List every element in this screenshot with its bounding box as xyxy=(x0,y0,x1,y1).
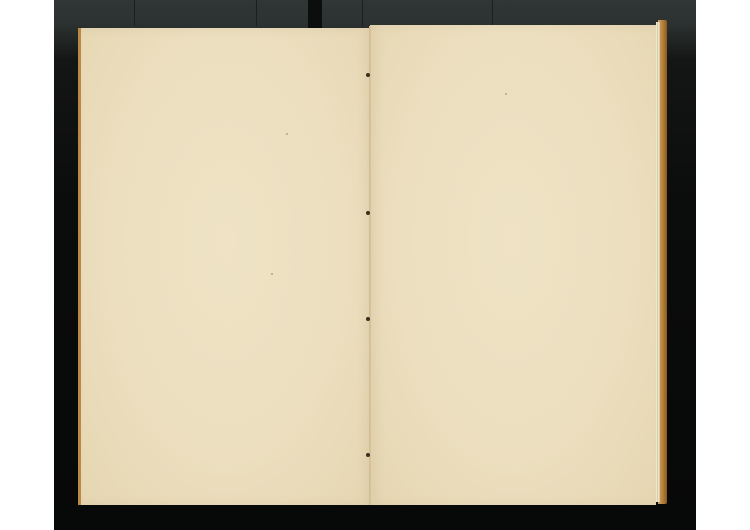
book-gutter xyxy=(369,26,371,505)
spine-shadow xyxy=(308,0,322,28)
paper-speck xyxy=(505,93,507,95)
binding-stitch xyxy=(366,317,370,321)
page-block-edges xyxy=(656,22,660,502)
binding-stitch xyxy=(366,211,370,215)
paper-speck xyxy=(271,273,273,275)
paper-speck xyxy=(286,133,288,135)
background-slat xyxy=(362,0,363,26)
background-slat xyxy=(134,0,135,26)
binding-stitch xyxy=(366,73,370,77)
right-page xyxy=(370,25,656,505)
binding-stitch xyxy=(366,453,370,457)
left-page xyxy=(78,28,372,505)
background-slat xyxy=(492,0,493,26)
background-slat xyxy=(256,0,257,26)
